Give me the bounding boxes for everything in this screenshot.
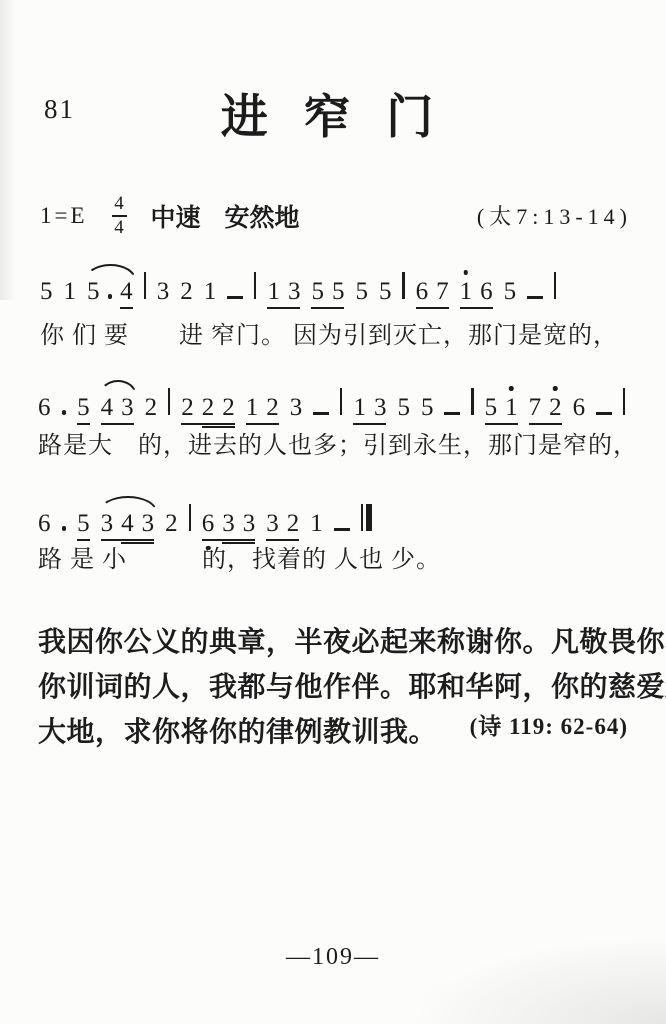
beam-group: 55 [311, 279, 344, 309]
note: 2 [202, 395, 215, 420]
hymn-page: 81 进 窄 门 1=E 4 4 中速 安然地 (太7:13-14) 51543… [0, 0, 666, 1024]
note: 5 [40, 279, 53, 304]
beam-group: 633 [202, 511, 256, 541]
note: 3 [121, 395, 134, 420]
notation-line: 515432113555567165 [40, 272, 556, 309]
beam-group: 43 [121, 511, 154, 536]
note: 1 [310, 511, 323, 536]
time-signature-denominator: 4 [114, 218, 124, 238]
scripture-line: 你训词的人，我都与他作伴。耶和华阿，你的慈爱遍满 [38, 665, 634, 710]
note: 5 [379, 279, 392, 304]
barline [340, 388, 342, 415]
scripture-reference: (诗 119: 62-64) [470, 708, 628, 741]
slur-group: 343 [101, 511, 155, 541]
sustain-dash [527, 296, 543, 299]
barline [402, 272, 404, 299]
scripture-reference-header: (太7:13-14) [477, 200, 632, 231]
hymn-title: 进 窄 门 [0, 80, 666, 147]
barline [623, 388, 625, 415]
slur-group: 43 [101, 395, 134, 425]
note: 6 [573, 395, 586, 420]
note: 7 [436, 279, 449, 304]
note: 4 [120, 279, 133, 309]
note: 3 [243, 511, 256, 536]
key-signature: 1=E [40, 203, 88, 229]
scripture-line: 我因你公义的典章，半夜必起来称谢你。凡敬畏你、守 [38, 620, 634, 665]
note: 6 [416, 279, 429, 304]
note: 3 [142, 511, 155, 536]
note: 2 [549, 395, 562, 420]
beam-group: 72 [529, 395, 562, 425]
sustain-dash [313, 412, 329, 415]
note: 4 [101, 395, 114, 420]
note: 6 [38, 395, 51, 420]
barline [168, 388, 170, 415]
note: 2 [145, 395, 158, 420]
time-signature: 4 4 [112, 194, 127, 238]
note: 4 [121, 511, 134, 536]
note: 5 [87, 279, 100, 304]
tempo-marking: 中速 [151, 198, 201, 234]
beam-group: 51 [485, 395, 518, 425]
note: 5 [77, 511, 90, 541]
note: 5 [397, 395, 410, 420]
note: 5 [311, 279, 324, 304]
sustain-dash [334, 528, 350, 531]
notation-line: 653432633321 [38, 504, 372, 541]
notation-line: 65432222123135551726 [38, 388, 625, 425]
note: 2 [222, 395, 235, 420]
note: 3 [101, 511, 114, 536]
barline [554, 272, 556, 299]
lyrics-line: 路是大 的，进去的人也多；引到永生，那门是窄的， [38, 434, 638, 458]
note: 2 [287, 511, 300, 536]
sustain-dash [227, 296, 243, 299]
beam-group: 32 [266, 511, 299, 541]
beam-group: 222 [181, 395, 235, 425]
note: 1 [204, 279, 217, 304]
barline [144, 272, 146, 299]
page-number: —109— [0, 944, 666, 971]
note: 1 [64, 279, 77, 304]
beam-group: 13 [267, 279, 300, 309]
beam-group: 13 [353, 395, 386, 425]
note: 6 [38, 511, 51, 536]
barline [471, 388, 473, 415]
note: 3 [157, 279, 170, 304]
note: 5 [504, 279, 517, 304]
note: 3 [288, 279, 301, 304]
barline [189, 504, 191, 531]
note: 5 [355, 279, 368, 304]
note: 1 [267, 279, 280, 304]
barline [254, 272, 256, 299]
note: 2 [181, 395, 194, 420]
lyrics-line: 路 是 小 的，找着的 人也 少。 [38, 548, 441, 572]
expression-marking: 安然地 [225, 198, 300, 234]
note: 3 [222, 511, 235, 536]
augmentation-dot [62, 410, 67, 415]
note: 2 [266, 395, 279, 420]
note: 5 [332, 279, 345, 304]
note: 5 [421, 395, 434, 420]
note: 2 [180, 279, 193, 304]
beam-group: 67 [416, 279, 449, 309]
note: 3 [290, 395, 303, 420]
note: 6 [202, 511, 215, 536]
sustain-dash [444, 412, 460, 415]
note: 3 [374, 395, 387, 420]
sustain-dash [596, 412, 612, 415]
time-signature-numerator: 4 [114, 194, 124, 214]
augmentation-dot [108, 294, 113, 299]
note: 5 [485, 395, 498, 420]
beam-group: 33 [222, 511, 255, 536]
note: 5 [77, 395, 90, 425]
note: 1 [246, 395, 259, 420]
lyrics-line: 你 们 要 进 窄门。 因为引到灭亡，那门是宽的， [40, 324, 618, 348]
note: 1 [353, 395, 366, 420]
slur-group: 54 [87, 279, 133, 309]
note: 6 [480, 279, 493, 304]
note: 2 [165, 511, 178, 536]
augmentation-dot [62, 526, 67, 531]
note: 3 [266, 511, 279, 536]
beam-group: 12 [246, 395, 279, 425]
final-barline [361, 504, 372, 531]
tempo-row: 1=E 4 4 中速 安然地 [40, 190, 300, 242]
note: 1 [505, 395, 518, 420]
note: 1 [460, 279, 473, 304]
scan-edge-shadow [0, 0, 16, 300]
beam-group: 16 [460, 279, 493, 309]
beam-group: 22 [202, 395, 235, 420]
note: 7 [529, 395, 542, 420]
